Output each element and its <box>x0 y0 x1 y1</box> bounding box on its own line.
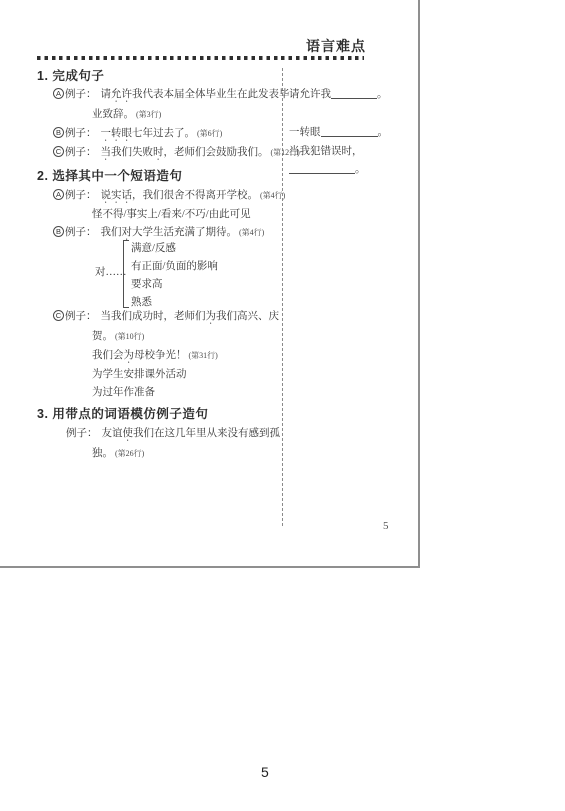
answer-row-2: 一转眼。 <box>289 124 388 139</box>
book-page-number: 5 <box>383 520 389 532</box>
scanned-textbook-page: { "header": { "title": "语言难点" }, "s1": {… <box>0 0 565 811</box>
example-2a-line2: 怪不得/事实上/看来/不巧/由此可见 <box>92 206 251 221</box>
phrase-options: 怪不得/事实上/看来/不巧/由此可见 <box>92 209 251 220</box>
section-3-heading: 3. 用带点的词语模仿例子造句 <box>37 404 208 422</box>
example-label: 例子： <box>65 311 97 322</box>
fill-in-blank <box>331 88 377 99</box>
answer-row-4: 。 <box>289 161 366 176</box>
answer-prefix: 请允许我 <box>289 89 331 100</box>
example-1a-line2: 业致辞。(第3行) <box>92 106 161 121</box>
line-reference: (第10行) <box>115 332 144 341</box>
example-3-line2: 独。(第26行) <box>92 445 144 460</box>
example-text: 请允许我代表本届全体毕业生在此发表毕 <box>101 89 290 100</box>
grouping-bracket <box>123 240 129 308</box>
fill-in-blank <box>289 163 355 174</box>
answer-suffix: 。 <box>378 127 389 138</box>
section-1-heading: 1. 完成句子 <box>37 66 104 84</box>
example-2c-line5: 为过年作准备 <box>92 384 155 399</box>
example-text: 说实话，我们很舍不得离开学校。 <box>101 190 259 201</box>
page-title: 语言难点 <box>306 36 366 56</box>
answer-row-3: 当我犯错误时， <box>289 143 363 158</box>
example-text: 独。 <box>92 448 113 459</box>
scanned-page: 语言难点 1. 完成句子 A例子：请允许我代表本届全体毕业生在此发表毕 业致辞。… <box>0 0 420 568</box>
section-2-heading: 2. 选择其中一个短语造句 <box>37 166 182 184</box>
example-2c-line4: 为学生安排课外活动 <box>92 366 187 381</box>
circled-letter-c: C <box>53 146 64 157</box>
circled-letter-c: C <box>53 310 64 321</box>
line-reference: (第26行) <box>115 449 144 458</box>
bracket-item: 熟悉 <box>131 294 152 309</box>
example-1b-line1: B例子：一转眼七年过去了。(第6行) <box>53 125 222 144</box>
example-text: 我们会为母校争光！ <box>92 350 187 361</box>
example-text: 当我们失败时，老师们会鼓励我们。 <box>101 147 269 158</box>
fill-in-blank <box>321 126 378 137</box>
document-page-number: 5 <box>261 764 269 780</box>
bracket-head: 对…… <box>95 264 127 279</box>
bracket-item: 有正面/负面的影响 <box>131 258 218 273</box>
line-reference: (第4行) <box>260 191 285 200</box>
answer-column-divider <box>282 68 283 526</box>
example-text: 为学生安排课外活动 <box>92 369 187 380</box>
answer-prefix: 一转眼 <box>289 127 321 138</box>
bracket-item: 满意/反感 <box>131 240 176 255</box>
answer-suffix: 。 <box>355 164 366 175</box>
circled-letter-a: A <box>53 189 64 200</box>
circled-letter-a: A <box>53 88 64 99</box>
example-label: 例子： <box>66 428 98 439</box>
example-text: 一转眼七年过去了。 <box>101 128 196 139</box>
example-1a-line1: A例子：请允许我代表本届全体毕业生在此发表毕 <box>53 86 290 105</box>
example-text: 友谊使我们在这几年里从来没有感到孤 <box>102 428 281 439</box>
bracket-item: 要求高 <box>131 276 163 291</box>
example-2c-line3: 我们会为母校争光！(第31行) <box>92 347 218 366</box>
example-label: 例子： <box>65 147 97 158</box>
example-text: 我们对大学生活充满了期待。 <box>101 227 238 238</box>
circled-letter-b: B <box>53 226 64 237</box>
line-reference: (第6行) <box>197 129 222 138</box>
example-label: 例子： <box>65 128 97 139</box>
example-text: 为过年作准备 <box>92 387 155 398</box>
example-label: 例子： <box>65 89 97 100</box>
example-text: 业致辞。 <box>92 109 134 120</box>
answer-text: 当我犯错误时， <box>289 146 363 157</box>
line-reference: (第4行) <box>239 228 264 237</box>
example-2c-line1: C例子：当我们成功时，老师们为我们高兴、庆 <box>53 308 279 327</box>
answer-row-1: 请允许我。 <box>289 86 388 101</box>
example-3-line1: 例子：友谊使我们在这几年里从来没有感到孤 <box>66 425 280 444</box>
example-text: 贺。 <box>92 331 113 342</box>
example-text: 当我们成功时，老师们为我们高兴、庆 <box>101 311 280 322</box>
circled-letter-b: B <box>53 127 64 138</box>
dotted-rule-divider <box>37 56 364 60</box>
example-label: 例子： <box>65 190 97 201</box>
answer-suffix: 。 <box>377 89 388 100</box>
example-2c-line2: 贺。(第10行) <box>92 328 144 343</box>
line-reference: (第3行) <box>136 110 161 119</box>
line-reference: (第31行) <box>189 351 218 360</box>
example-2a-line1: A例子：说实话，我们很舍不得离开学校。(第4行) <box>53 187 285 206</box>
example-label: 例子： <box>65 227 97 238</box>
example-1c-line1: C例子：当我们失败时，老师们会鼓励我们。(第12行) <box>53 144 300 163</box>
